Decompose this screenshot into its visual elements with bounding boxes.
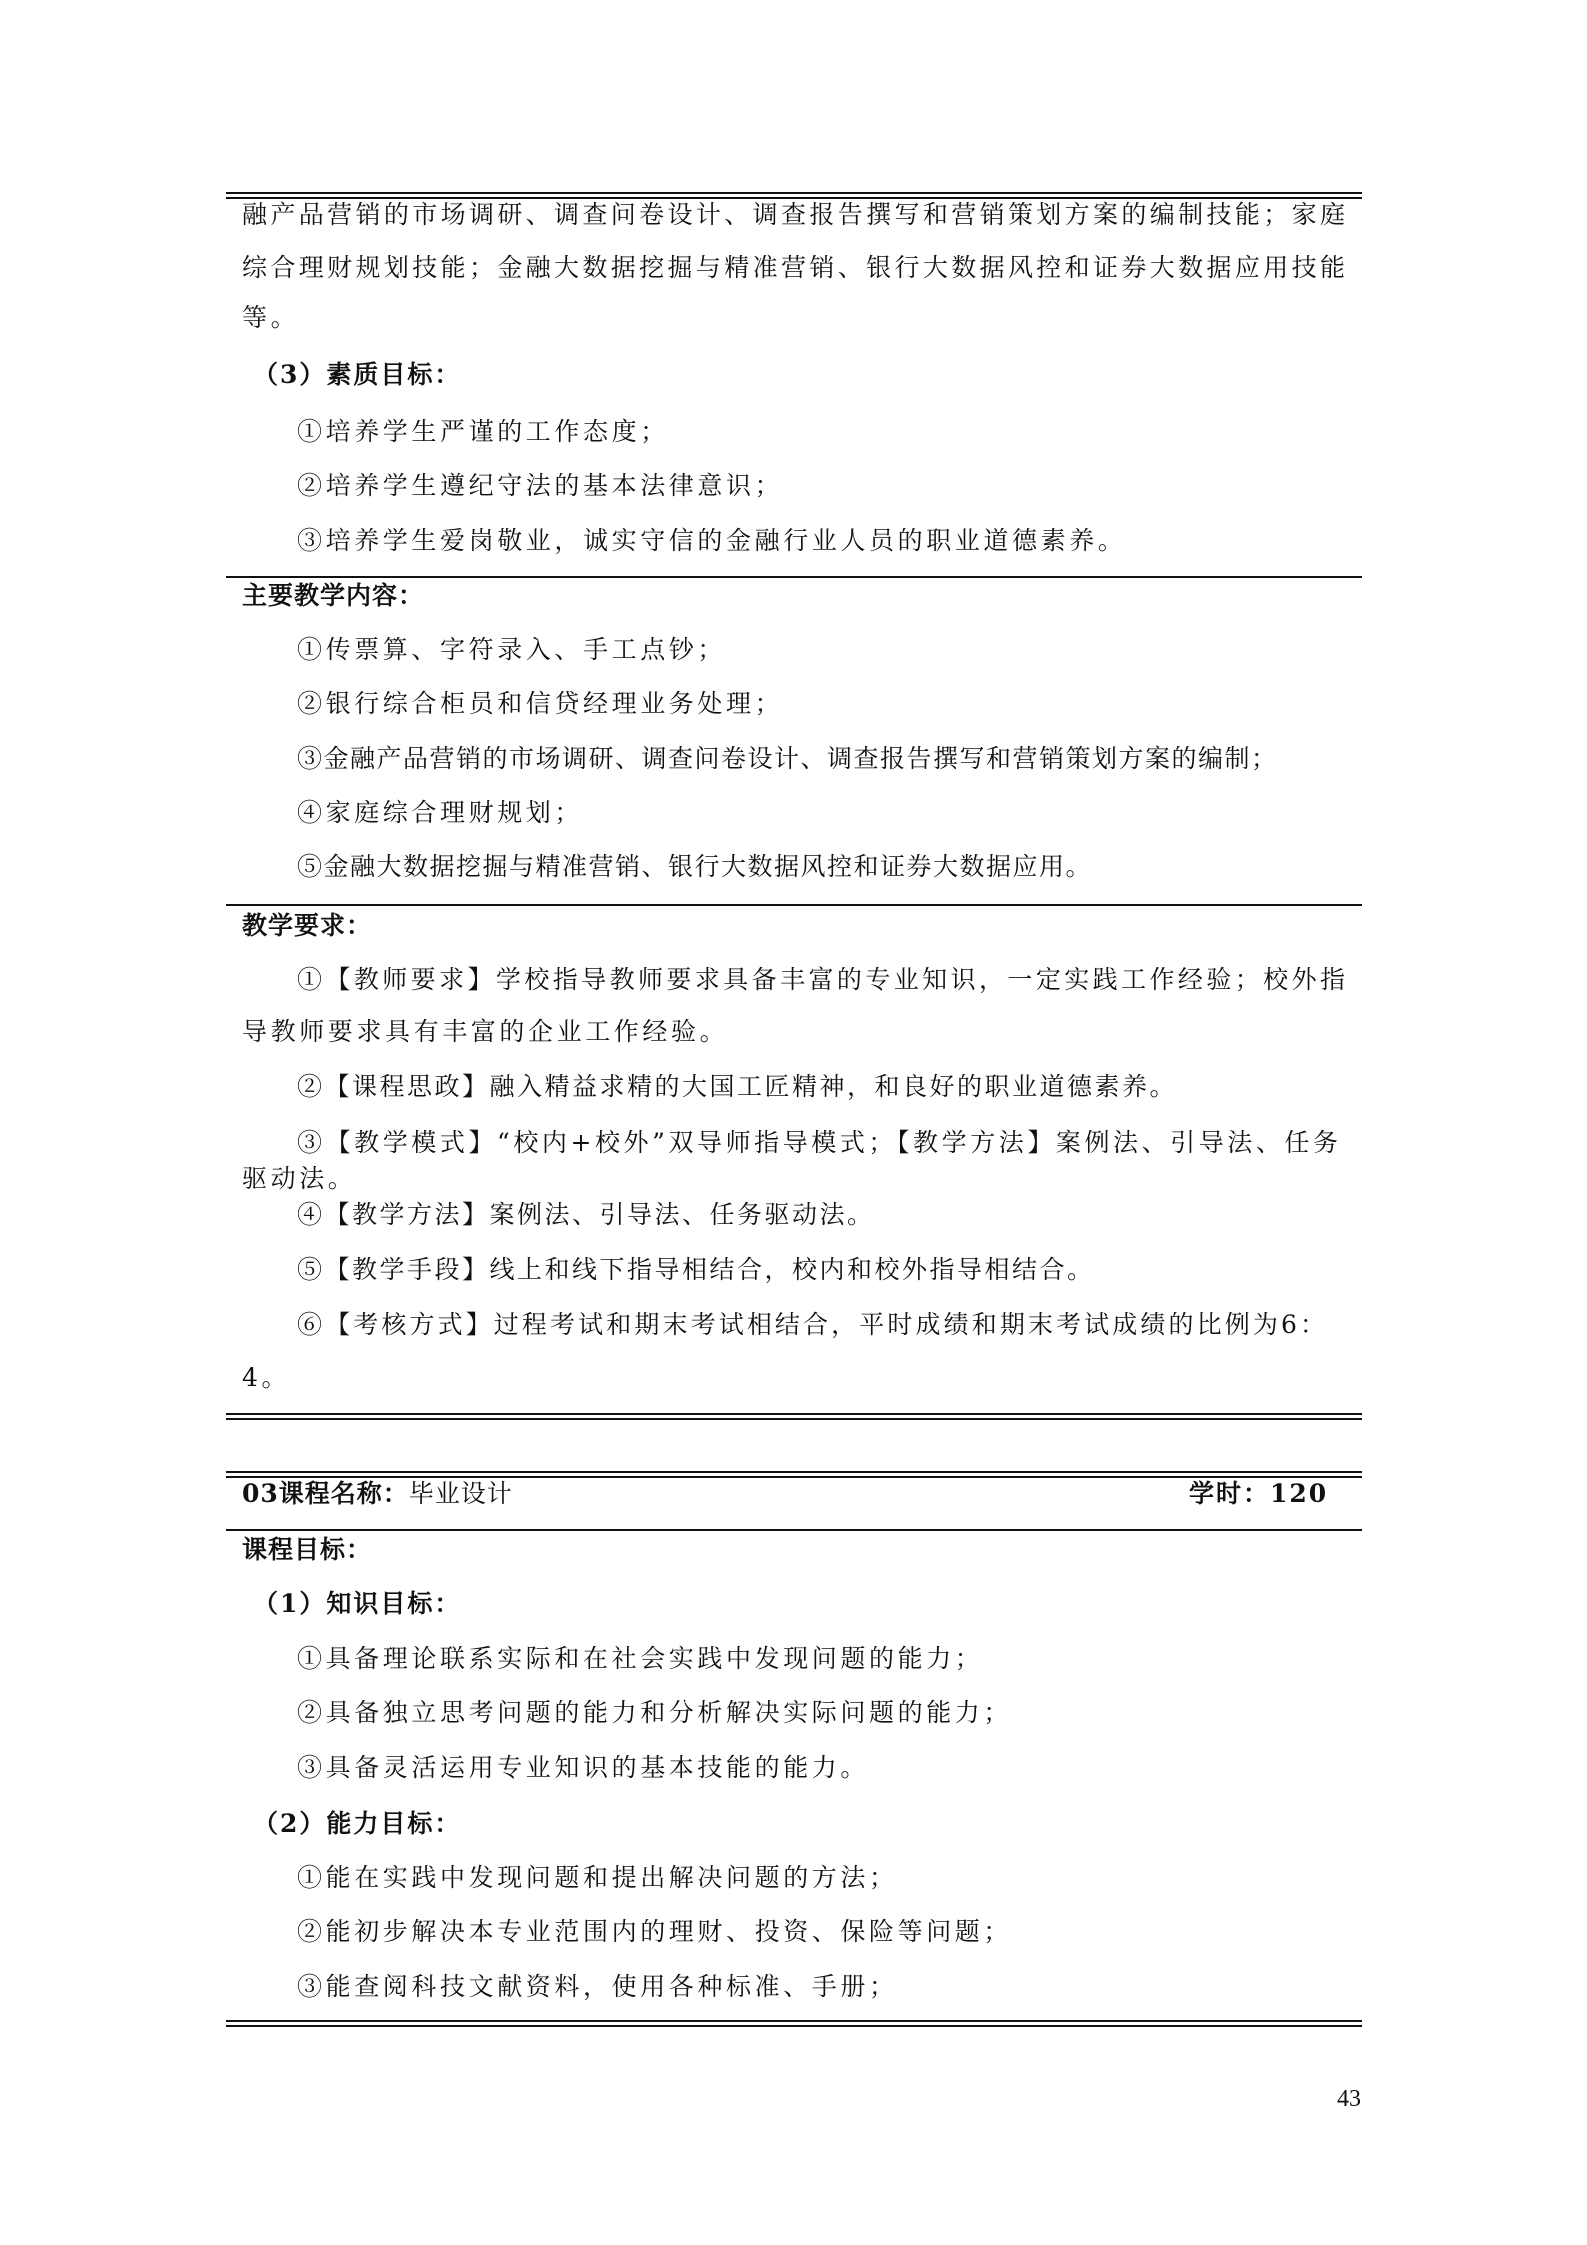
requirement-line: ②【课程思政】融入精益求精的大国工匠精神，和良好的职业道德素养。 <box>297 1072 1177 1102</box>
course-hours-label: 学时： <box>1189 1479 1270 1508</box>
course-hours-value: 120 <box>1270 1479 1328 1508</box>
table-border-top <box>226 192 1362 199</box>
course-name-label: 03课程名称： <box>242 1479 409 1508</box>
course-goals-heading: 课程目标： <box>242 1535 372 1565</box>
list-item: ①传票算、字符录入、手工点钞； <box>297 635 726 665</box>
requirement-line: 导教师要求具有丰富的企业工作经验。 <box>242 1017 728 1047</box>
row-divider <box>226 1529 1362 1531</box>
requirement-line: 4。 <box>242 1363 290 1393</box>
requirement-line: ①【教师要求】学校指导教师要求具备丰富的专业知识，一定实践工作经验；校外指 <box>297 965 1345 995</box>
page-number: 43 <box>1337 2085 1361 2113</box>
body-text-line: 等。 <box>242 303 299 333</box>
document-page: 融产品营销的市场调研、调查问卷设计、调查报告撰写和营销策划方案的编制技能；家庭 … <box>0 0 1587 2245</box>
list-item: ②培养学生遵纪守法的基本法律意识； <box>297 471 783 501</box>
list-item: ①能在实践中发现问题和提出解决问题的方法； <box>297 1863 898 1893</box>
list-item: ②具备独立思考问题的能力和分析解决实际问题的能力； <box>297 1698 1012 1728</box>
body-text-line: 综合理财规划技能；金融大数据挖掘与精准营销、银行大数据风控和证券大数据应用技能 <box>242 253 1345 283</box>
list-item: ③具备灵活运用专业知识的基本技能的能力。 <box>297 1753 869 1783</box>
table-border-bottom <box>226 2020 1362 2027</box>
knowledge-goal-heading: （1）知识目标： <box>253 1589 461 1619</box>
list-item: ②银行综合柜员和信贷经理业务处理； <box>297 689 783 719</box>
list-item: ①培养学生严谨的工作态度； <box>297 417 669 447</box>
row-divider <box>226 904 1362 906</box>
requirement-line: 驱动法。 <box>242 1164 356 1194</box>
requirement-line: ④【教学方法】案例法、引导法、任务驱动法。 <box>297 1200 875 1230</box>
course-name-value: 毕业设计 <box>409 1479 513 1508</box>
course-name-row: 03课程名称：毕业设计 <box>242 1479 513 1509</box>
requirement-line: ③【教学模式】“校内+校外”双导师指导模式；【教学方法】案例法、引导法、任务 <box>297 1128 1338 1158</box>
requirement-line: ⑤【教学手段】线上和线下指导相结合，校内和校外指导相结合。 <box>297 1255 1095 1285</box>
list-item: ①具备理论联系实际和在社会实践中发现问题的能力； <box>297 1644 983 1674</box>
body-text-line: 融产品营销的市场调研、调查问卷设计、调查报告撰写和营销策划方案的编制技能；家庭 <box>242 200 1345 230</box>
list-item: ③能查阅科技文献资料，使用各种标准、手册； <box>297 1972 898 2002</box>
quality-goal-heading: （3）素质目标： <box>253 360 461 390</box>
table-border-bottom <box>226 1413 1362 1420</box>
list-item: ⑤金融大数据挖掘与精准营销、银行大数据风控和证券大数据应用。 <box>297 852 1092 882</box>
main-content-heading: 主要教学内容： <box>242 581 424 611</box>
requirement-line: ⑥【考核方式】过程考试和期末考试相结合，平时成绩和期末考试成绩的比例为6： <box>297 1310 1325 1340</box>
row-divider <box>226 576 1362 578</box>
course-hours: 学时：120 <box>1189 1479 1328 1509</box>
ability-goal-heading: （2）能力目标： <box>253 1809 461 1839</box>
list-item: ③金融产品营销的市场调研、调查问卷设计、调查报告撰写和营销策划方案的编制； <box>297 744 1278 774</box>
table-border-top <box>226 1471 1362 1478</box>
requirements-heading: 教学要求： <box>242 911 372 941</box>
list-item: ②能初步解决本专业范围内的理财、投资、保险等问题； <box>297 1917 1012 1947</box>
list-item: ④家庭综合理财规划； <box>297 798 583 828</box>
list-item: ③培养学生爱岗敬业，诚实守信的金融行业人员的职业道德素养。 <box>297 526 1126 556</box>
